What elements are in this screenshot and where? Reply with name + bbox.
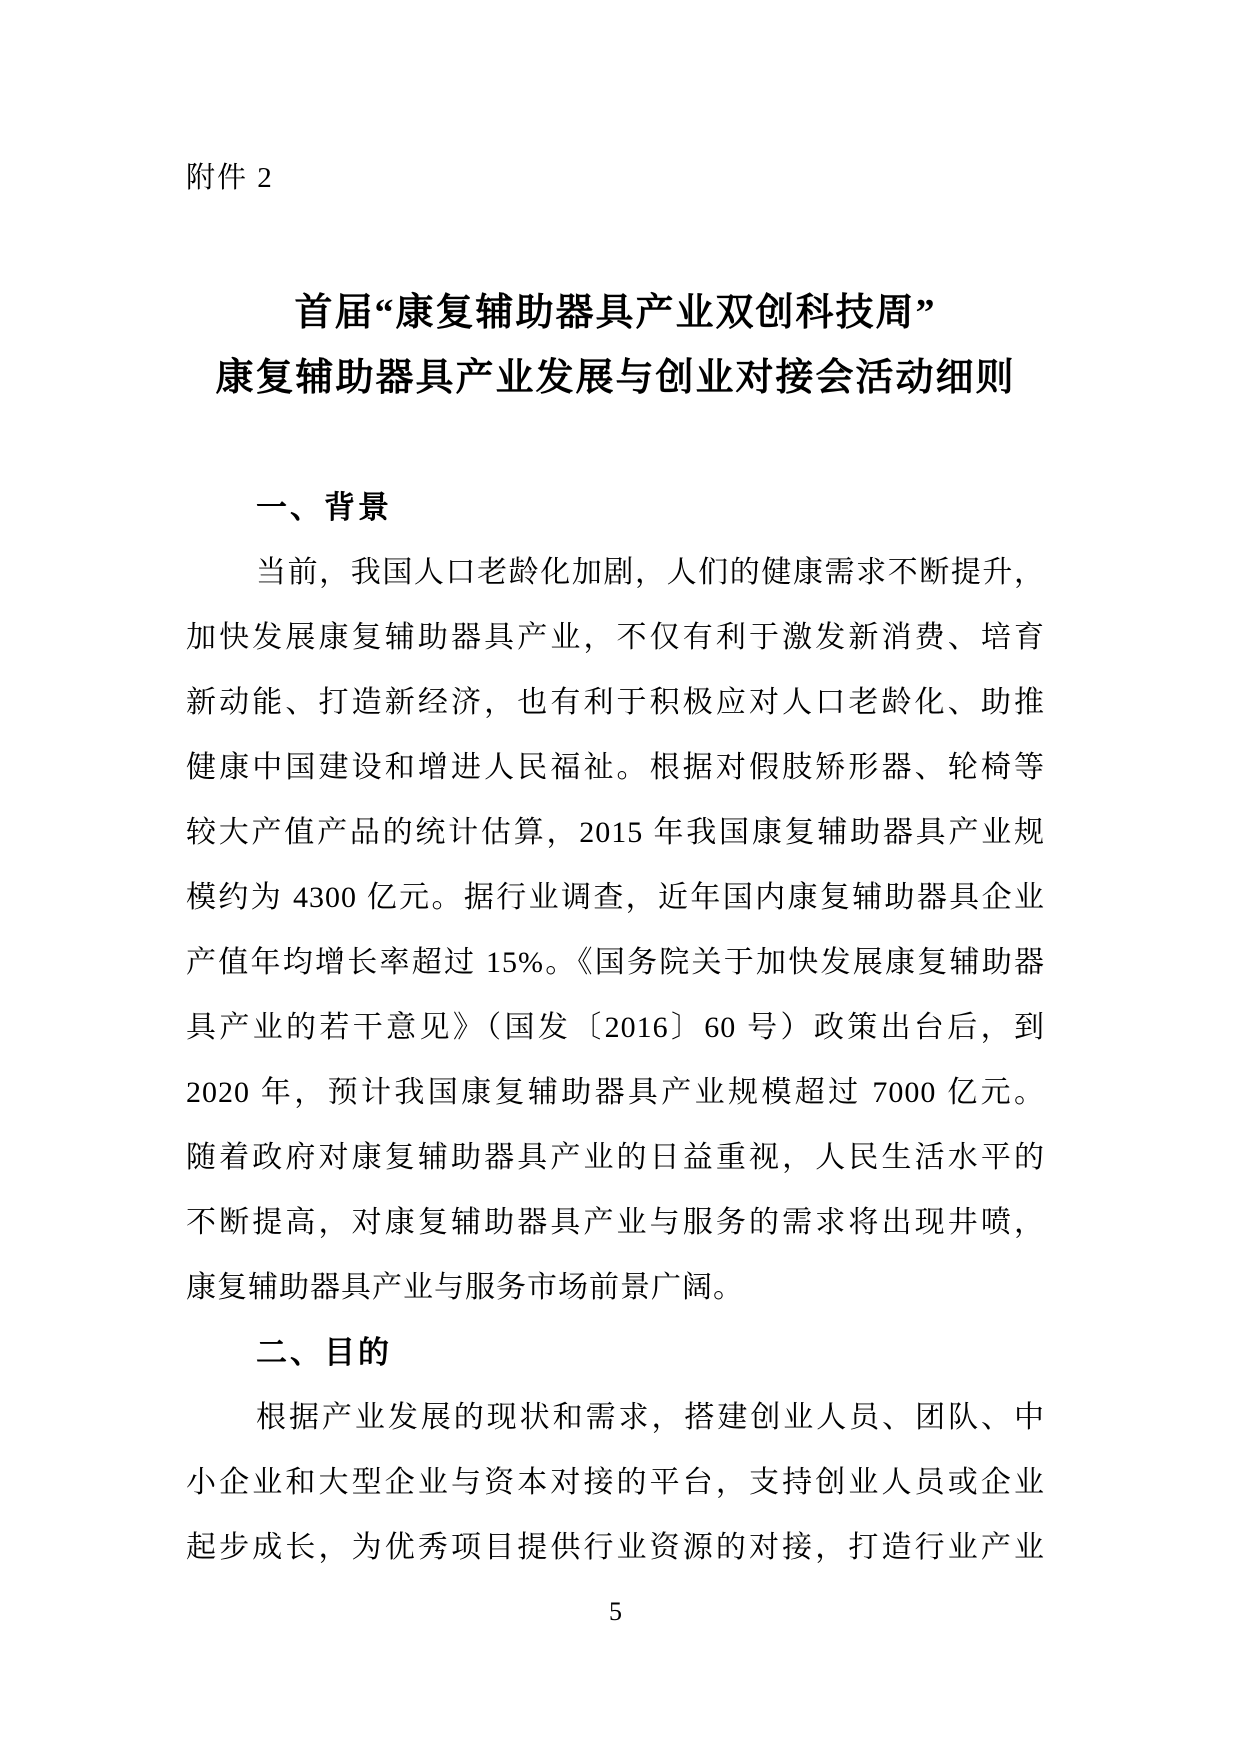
body-line: 随着政府对康复辅助器具产业的日益重视，人民生活水平的 <box>186 1125 1045 1190</box>
page-number: 5 <box>186 1597 1045 1627</box>
body-line: 产值年均增长率超过 15%。《国务院关于加快发展康复辅助器 <box>186 930 1045 995</box>
body-line: 2020 年，预计我国康复辅助器具产业规模超过 7000 亿元。 <box>186 1060 1045 1125</box>
section-heading-purpose: 二、目的 <box>186 1320 1045 1385</box>
body-line: 具产业的若干意见》（国发〔2016〕60 号）政策出台后，到 <box>186 995 1045 1060</box>
attachment-label: 附件 2 <box>186 160 1045 196</box>
body-line: 加快发展康复辅助器具产业，不仅有利于激发新消费、培育 <box>186 605 1045 670</box>
body-line: 模约为 4300 亿元。据行业调查，近年国内康复辅助器具企业 <box>186 865 1045 930</box>
document-title: 首届“康复辅助器具产业双创科技周” 康复辅助器具产业发展与创业对接会活动细则 <box>186 281 1045 411</box>
body-line: 起步成长，为优秀项目提供行业资源的对接，打造行业产业 <box>186 1515 1045 1580</box>
section-heading-background: 一、背景 <box>186 475 1045 540</box>
page-content: 附件 2 首届“康复辅助器具产业双创科技周” 康复辅助器具产业发展与创业对接会活… <box>186 0 1045 1627</box>
body-line: 根据产业发展的现状和需求，搭建创业人员、团队、中 <box>186 1385 1045 1450</box>
doc-title-line-2: 康复辅助器具产业发展与创业对接会活动细则 <box>186 346 1045 411</box>
body-line: 小企业和大型企业与资本对接的平台，支持创业人员或企业 <box>186 1450 1045 1515</box>
body-line: 较大产值产品的统计估算，2015 年我国康复辅助器具产业规 <box>186 800 1045 865</box>
body-line: 当前，我国人口老龄化加剧，人们的健康需求不断提升， <box>186 540 1045 605</box>
doc-title-line-1: 首届“康复辅助器具产业双创科技周” <box>186 281 1045 346</box>
body-line: 不断提高，对康复辅助器具产业与服务的需求将出现井喷， <box>186 1190 1045 1255</box>
document-page: 附件 2 首届“康复辅助器具产业双创科技周” 康复辅助器具产业发展与创业对接会活… <box>0 0 1241 1754</box>
body-line: 康复辅助器具产业与服务市场前景广阔。 <box>186 1255 1045 1320</box>
body-line: 健康中国建设和增进人民福祉。根据对假肢矫形器、轮椅等 <box>186 735 1045 800</box>
body-line: 新动能、打造新经济，也有利于积极应对人口老龄化、助推 <box>186 670 1045 735</box>
